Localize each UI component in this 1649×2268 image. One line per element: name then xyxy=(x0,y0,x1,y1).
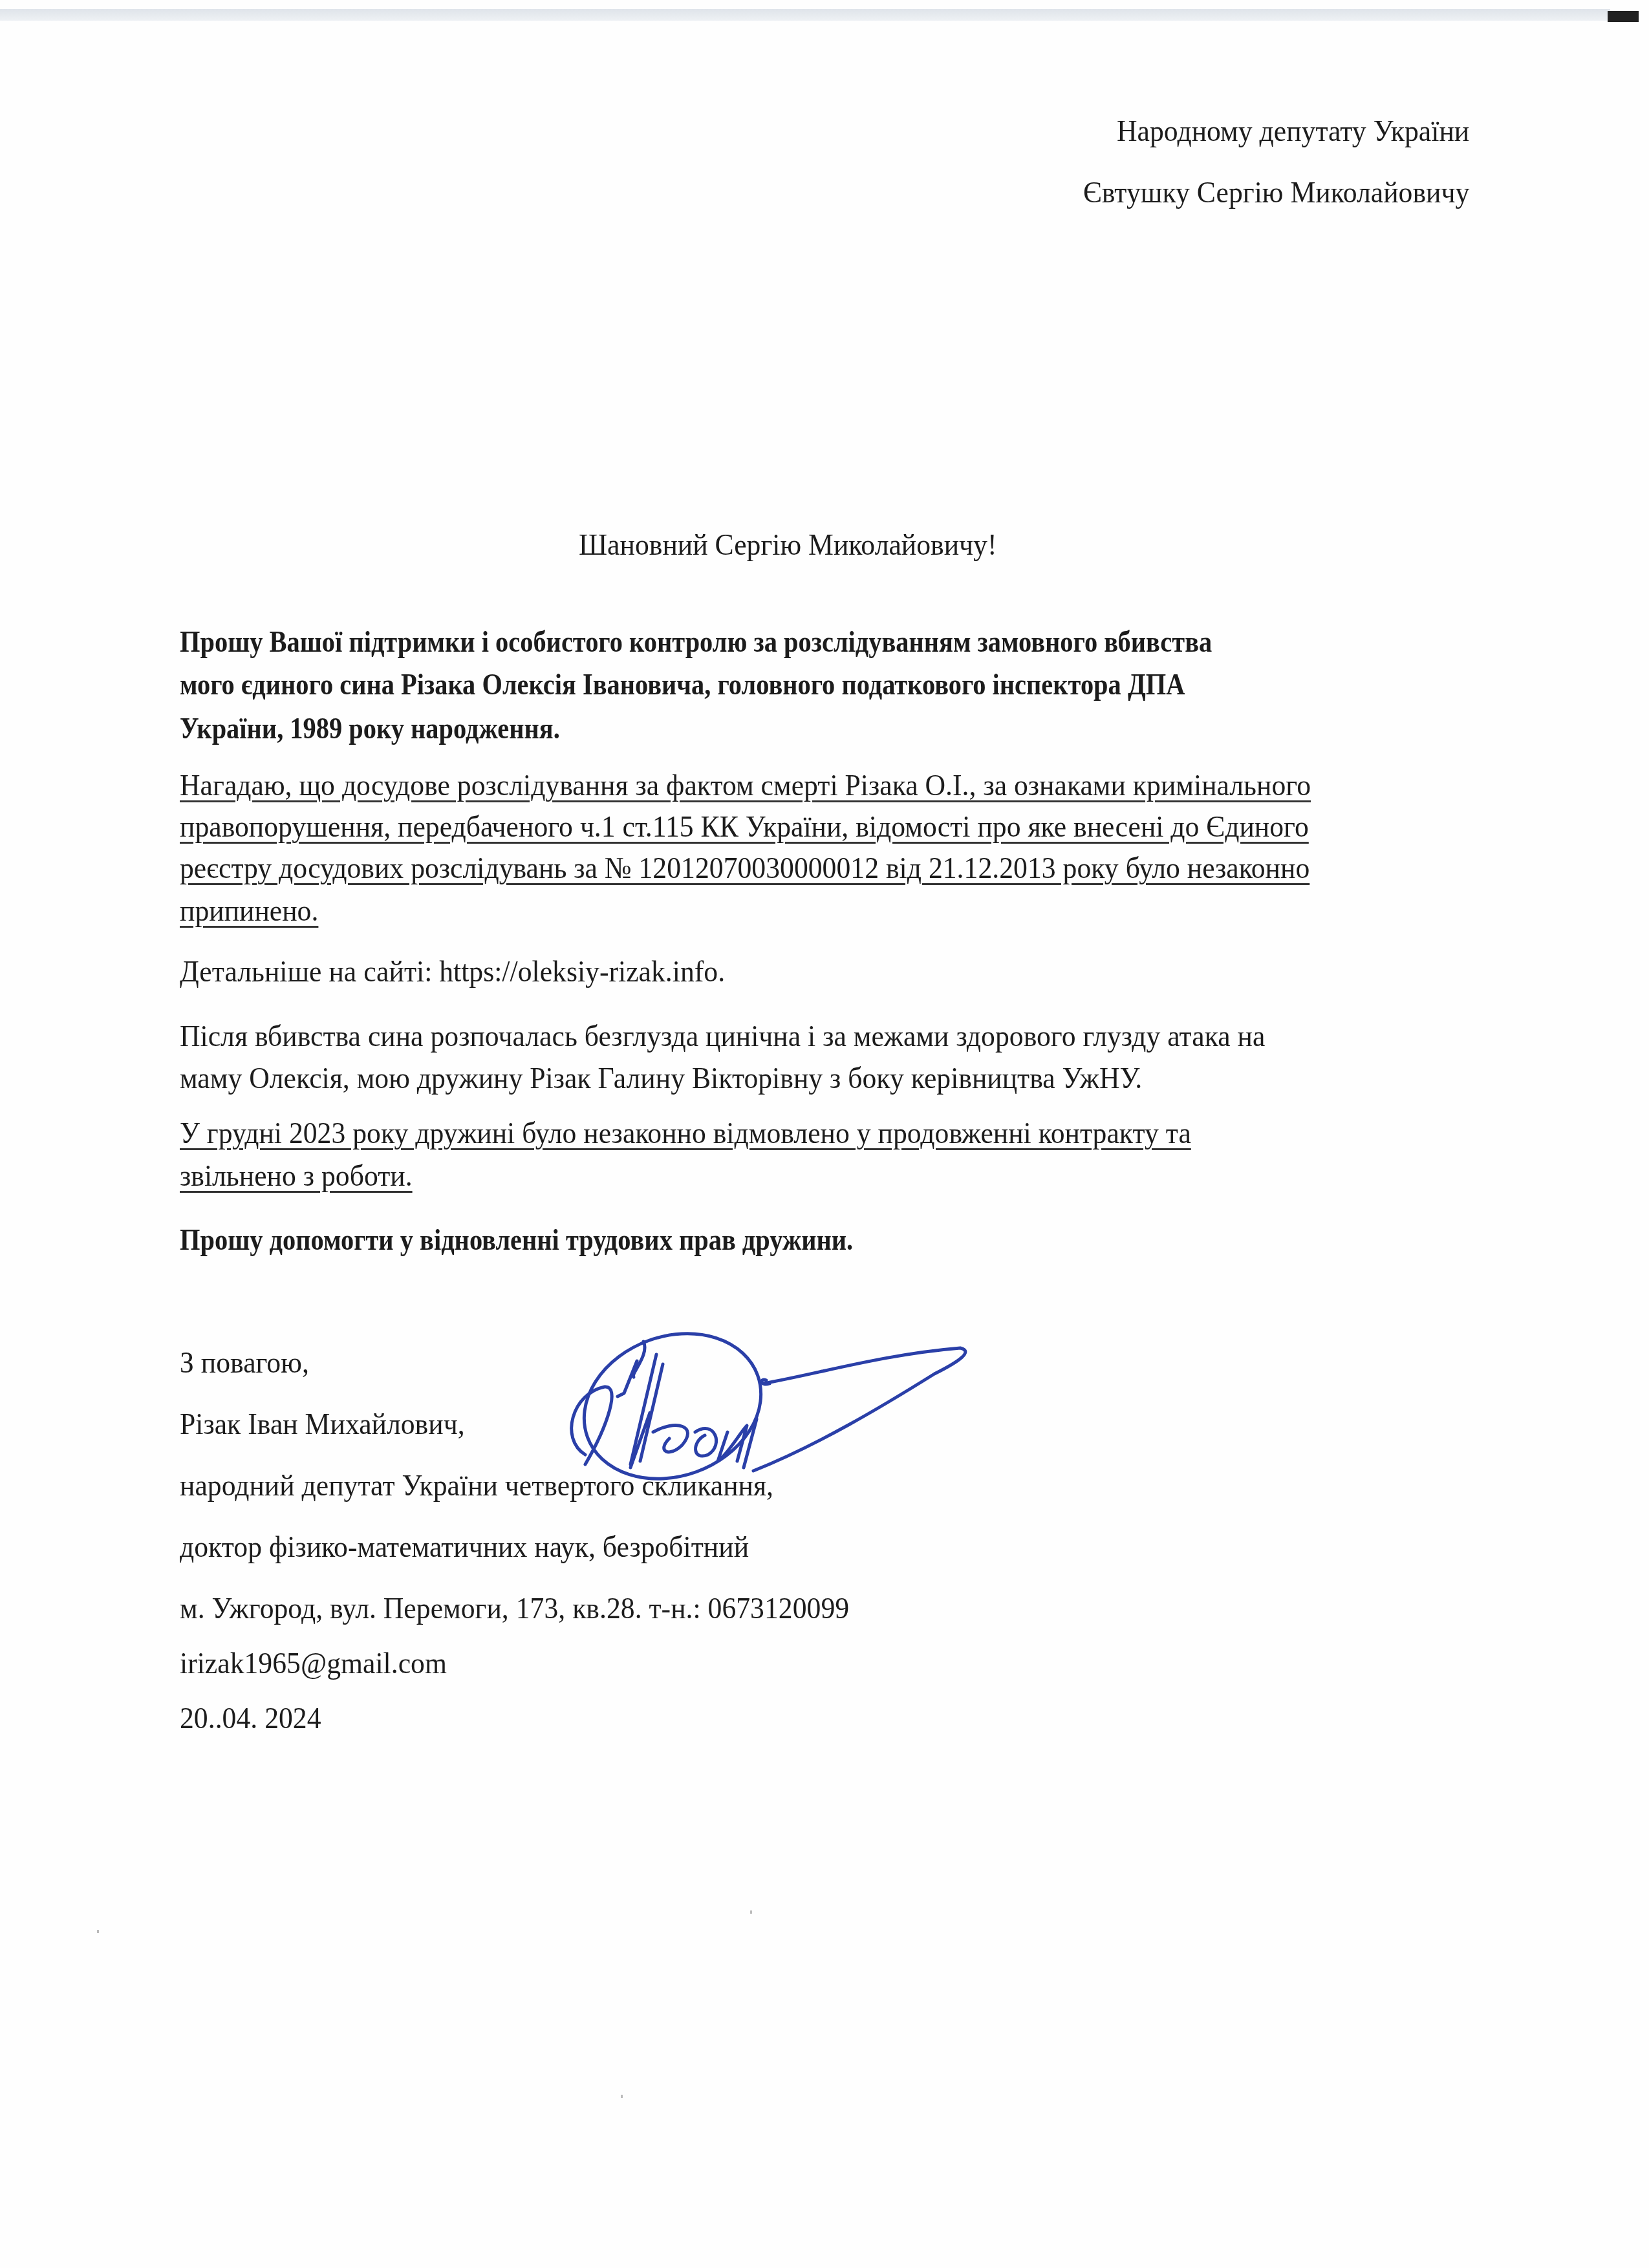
addressee-line-2: Євтушку Сергію Миколайовичу xyxy=(1083,178,1469,208)
letter-date: 20..04. 2024 xyxy=(180,1704,321,1734)
handwritten-signature xyxy=(546,1316,986,1484)
final-request: Прошу допомогти у відновленні трудових п… xyxy=(180,1225,853,1256)
dismissal-line-2: звільнено з роботи. xyxy=(180,1161,413,1192)
signer-address: м. Ужгород, вул. Перемоги, 173, кв.28. т… xyxy=(180,1594,849,1624)
closing: З повагою, xyxy=(180,1348,309,1378)
signer-degree: доктор фізико-математичних наук, безробі… xyxy=(180,1532,749,1563)
reminder-line-3: реєстру досудових розслідувань за № 1201… xyxy=(180,853,1309,884)
salutation: Шановний Сергію Миколайовичу! xyxy=(579,530,997,561)
reminder-line-4: припинено. xyxy=(180,896,318,926)
scan-edge-bar xyxy=(0,9,1610,21)
reminder-line-1: Нагадаю, що досудове розслідування за фа… xyxy=(180,771,1311,801)
scan-edge-block xyxy=(1608,11,1639,22)
attack-line-1: Після вбивства сина розпочалась безглузд… xyxy=(180,1022,1265,1052)
signer-email: irizak1965@gmail.com xyxy=(180,1649,447,1679)
details-link-line: Детальніше на сайті: https://oleksiy-riz… xyxy=(180,957,725,987)
reminder-line-2: правопорушення, передбаченого ч.1 ст.115… xyxy=(180,812,1309,842)
scan-speck xyxy=(97,1930,99,1933)
attack-line-2: маму Олексія, мою дружину Різак Галину В… xyxy=(180,1064,1142,1094)
request-line-2: мого єдиного сина Різака Олексія Іванови… xyxy=(180,670,1185,700)
dismissal-line-1: У грудні 2023 року дружині було незаконн… xyxy=(180,1118,1191,1149)
signer-name: Різак Іван Михайлович, xyxy=(180,1409,465,1440)
scan-speck xyxy=(621,2095,623,2098)
request-line-3: України, 1989 року народження. xyxy=(180,714,560,744)
scan-speck xyxy=(750,1910,752,1914)
request-line-1: Прошу Вашої підтримки і особистого контр… xyxy=(180,627,1212,658)
addressee-line-1: Народному депутату України xyxy=(1117,116,1469,147)
